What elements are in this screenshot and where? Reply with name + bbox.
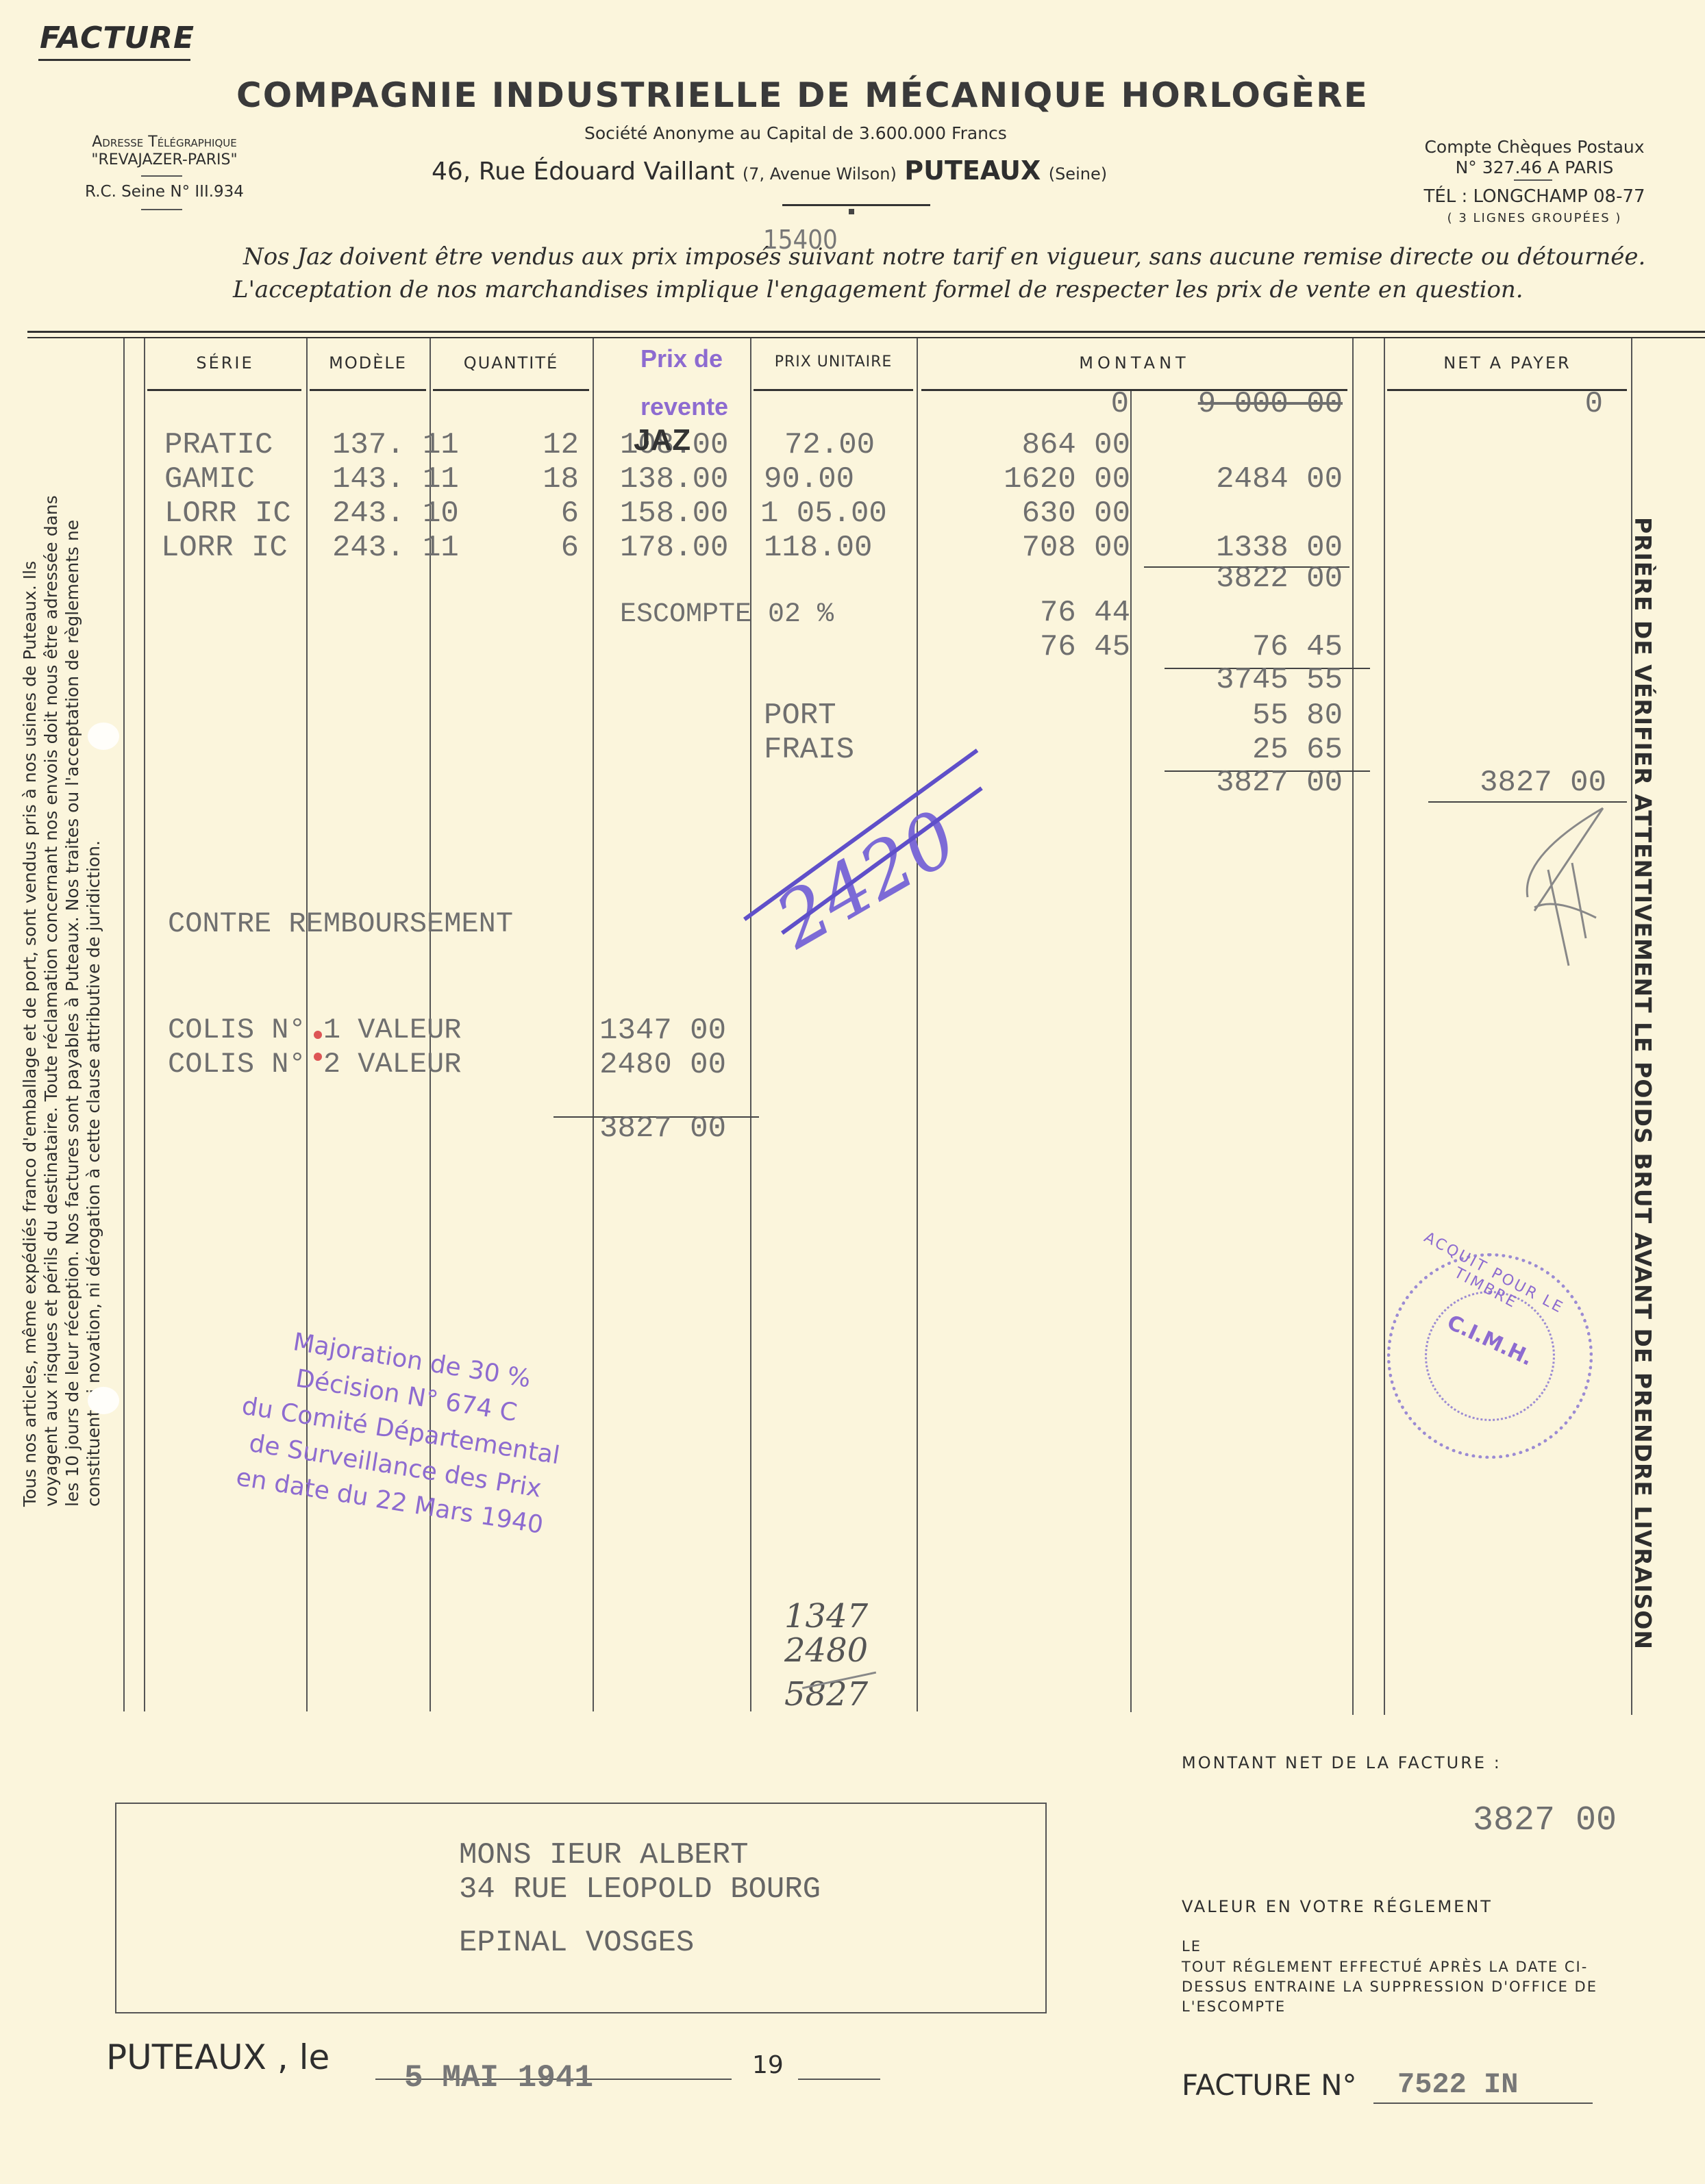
recipient-address-box: MONS IEUR ALBERT 34 RUE LEOPOLD BOURG EP… — [115, 1803, 1047, 2013]
pricing-notice-1: Nos Jaz doivent être vendus aux prix imp… — [243, 243, 1645, 271]
cell-montant: 1620 00 — [959, 462, 1130, 497]
escompte-label: ESCOMPTE 02 % — [620, 599, 834, 630]
contre-remboursement: CONTRE REMBOURSEMENT — [168, 907, 513, 940]
pricing-notice-2: L'acceptation de nos marchandises impliq… — [233, 276, 1523, 303]
punch-hole — [88, 723, 119, 750]
verify-weight-note: PRIÈRE DE VÉRIFIER ATTENTIVEMENT LE POID… — [1630, 517, 1656, 1544]
trade-register: R.C. Seine N° III.934 — [62, 183, 267, 201]
title-underline — [38, 59, 190, 61]
column-header-serie: SÉRIE — [144, 353, 306, 373]
divider — [782, 204, 930, 206]
brand-stamp: JAZ — [634, 423, 690, 457]
cell-modele: 243. 11 — [332, 531, 459, 565]
header-rule — [310, 389, 426, 391]
street: 46, Rue Édouard Vaillant — [432, 158, 734, 186]
divider — [27, 337, 1705, 338]
montant-net-value: 3827 00 — [1370, 1801, 1617, 1840]
cell-prix-revente: 158.00 — [620, 497, 728, 531]
year-prefix: 19 — [752, 2051, 784, 2079]
recipient-name: MONS IEUR ALBERT — [459, 1838, 748, 1872]
red-mark-icon — [314, 1031, 322, 1039]
payment-conditions: TOUT RÉGLEMENT EFFECTUÉ APRÈS LA DATE CI… — [1182, 1957, 1620, 2017]
invoice-number-rule — [1373, 2103, 1593, 2104]
punch-hole — [88, 1387, 119, 1414]
column-border — [1130, 390, 1132, 1712]
year-rule — [798, 2079, 880, 2080]
column-border — [1352, 338, 1354, 1715]
montant-struck: 9 000 00 — [1165, 387, 1343, 421]
column-border — [123, 338, 125, 1711]
divider — [141, 175, 182, 177]
net-opening: 0 — [1439, 387, 1603, 421]
department: (Seine) — [1049, 164, 1107, 184]
column-border — [917, 338, 918, 1711]
document-type: FACTURE — [40, 21, 195, 55]
invoice-date: 5 MAI 1941 — [404, 2060, 593, 2096]
recipient-street: 34 RUE LEOPOLD BOURG — [459, 1872, 821, 1907]
cell-modele: 143. 11 — [332, 462, 459, 497]
postal-account: Compte Chèques Postaux N° 327.46 A PARIS — [1397, 137, 1671, 178]
divider — [141, 209, 182, 210]
pencil-signature-icon — [1507, 801, 1617, 979]
column-border — [750, 338, 751, 1711]
ornament — [849, 209, 854, 214]
cell-subtotal: 2484 00 — [1165, 462, 1343, 497]
after-escompte: 3745 55 — [1165, 663, 1343, 697]
telegraph-address: Adresse Télégraphique "REVAJAZER-PARIS" — [62, 134, 267, 169]
cell-serie: GAMIC — [164, 462, 255, 497]
handwritten-calculation: 1347 2480 5827 — [784, 1599, 868, 1711]
cell-serie: LORR IC — [161, 531, 288, 565]
city: PUTEAUX — [904, 155, 1041, 186]
company-name: COMPAGNIE INDUSTRIELLE DE MÉCANIQUE HORL… — [236, 75, 1369, 115]
resale-price-stamp: Prix de — [640, 344, 723, 373]
cell-quantite: 6 — [480, 497, 579, 531]
telegraph-value: "REVAJAZER-PARIS" — [62, 151, 267, 169]
column-border — [144, 338, 145, 1711]
street-alt: (7, Avenue Wilson) — [743, 164, 897, 184]
escompte-deducted: 76 45 — [1165, 630, 1343, 664]
column-header-net-a-payer: NET A PAYER — [1384, 353, 1631, 373]
port-label: PORT — [764, 699, 836, 733]
colis-2-label: COLIS N° 2 VALEUR — [168, 1048, 461, 1081]
net-a-payer-value: 3827 00 — [1425, 766, 1606, 800]
invoice-number-label: FACTURE N° — [1182, 2068, 1357, 2102]
place-label: PUTEAUX , le — [106, 2037, 329, 2077]
cell-quantite: 12 — [480, 428, 579, 462]
telephone-note: ( 3 LIGNES GROUPÉES ) — [1397, 211, 1671, 225]
header-rule — [433, 389, 589, 391]
montant-net-label: MONTANT NET DE LA FACTURE : — [1182, 1753, 1502, 1772]
recipient-city: EPINAL VOSGES — [459, 1926, 694, 1960]
colis-1-value: 1347 00 — [569, 1014, 726, 1048]
grand-total: 3827 00 — [1165, 766, 1343, 800]
column-border — [1384, 338, 1385, 1715]
column-header-montant: MONTANT — [917, 353, 1352, 373]
divider — [27, 331, 1705, 333]
frais-label: FRAIS — [764, 733, 854, 767]
cell-montant: 630 00 — [959, 497, 1130, 531]
company-capital: Société Anonyme au Capital de 3.600.000 … — [584, 123, 1007, 143]
cell-serie: LORR IC — [164, 497, 291, 531]
valeur-label: VALEUR EN VOTRE RÉGLEMENT — [1182, 1897, 1493, 1916]
company-address: 46, Rue Édouard Vaillant (7, Avenue Wils… — [432, 155, 1107, 186]
cell-prix-revente: 138.00 — [620, 462, 728, 497]
header-rule — [147, 389, 301, 391]
cell-subtotal: 1338 00 — [1165, 531, 1343, 565]
escompte-calc: 76 44 — [993, 596, 1130, 630]
header-rule — [754, 389, 913, 391]
escompte-rounded: 76 45 — [993, 630, 1130, 664]
cell-montant: 864 00 — [959, 428, 1130, 462]
cell-prix-unitaire: 90.00 — [764, 462, 854, 497]
telephone: TÉL : LONGCHAMP 08-77 — [1397, 186, 1671, 207]
colis-1-label: COLIS N° 1 VALEUR — [168, 1014, 461, 1046]
column-header-prix-unitaire: PRIX UNITAIRE — [750, 353, 917, 371]
frais-value: 25 65 — [1165, 733, 1343, 767]
majoration-stamp: Majoration de 30 % Décision N° 674 C du … — [197, 1314, 604, 1549]
colis-2-value: 2480 00 — [569, 1048, 726, 1082]
cell-modele: 137. 11 — [332, 428, 459, 462]
ccp-label: Compte Chèques Postaux — [1397, 137, 1671, 158]
cell-montant: 708 00 — [959, 531, 1130, 565]
cell-quantite: 18 — [480, 462, 579, 497]
cell-quantite: 6 — [480, 531, 579, 565]
ccp-value: N° 327.46 A PARIS — [1397, 158, 1671, 178]
column-header-modele: MODÈLE — [306, 353, 430, 373]
cell-serie: PRATIC — [164, 428, 273, 462]
red-mark-icon — [314, 1053, 322, 1061]
column-header-quantite: QUANTITÉ — [430, 353, 593, 373]
montant-opening: 0 — [1028, 387, 1129, 421]
port-value: 55 80 — [1165, 699, 1343, 733]
cell-prix-unitaire: 1 05.00 — [760, 497, 887, 531]
invoice-number: 7522 IN — [1397, 2068, 1518, 2101]
resale-price-stamp: revente — [640, 392, 728, 421]
calc-line: 1347 — [784, 1599, 868, 1633]
divider — [1514, 179, 1552, 181]
cell-prix-unitaire: 118.00 — [764, 531, 872, 565]
le-label: LE — [1182, 1938, 1202, 1955]
calc-line: 2480 — [784, 1633, 868, 1668]
colis-total: 3827 00 — [569, 1112, 726, 1146]
cell-modele: 243. 10 — [332, 497, 459, 531]
cell-prix-unitaire: 72.00 — [784, 428, 875, 462]
telegraph-label: Adresse Télégraphique — [62, 134, 267, 151]
cell-prix-revente: 178.00 — [620, 531, 728, 565]
total-goods: 3822 00 — [1165, 562, 1343, 596]
terms-side-note: Tous nos articles, même expédiés franco … — [19, 493, 104, 1507]
